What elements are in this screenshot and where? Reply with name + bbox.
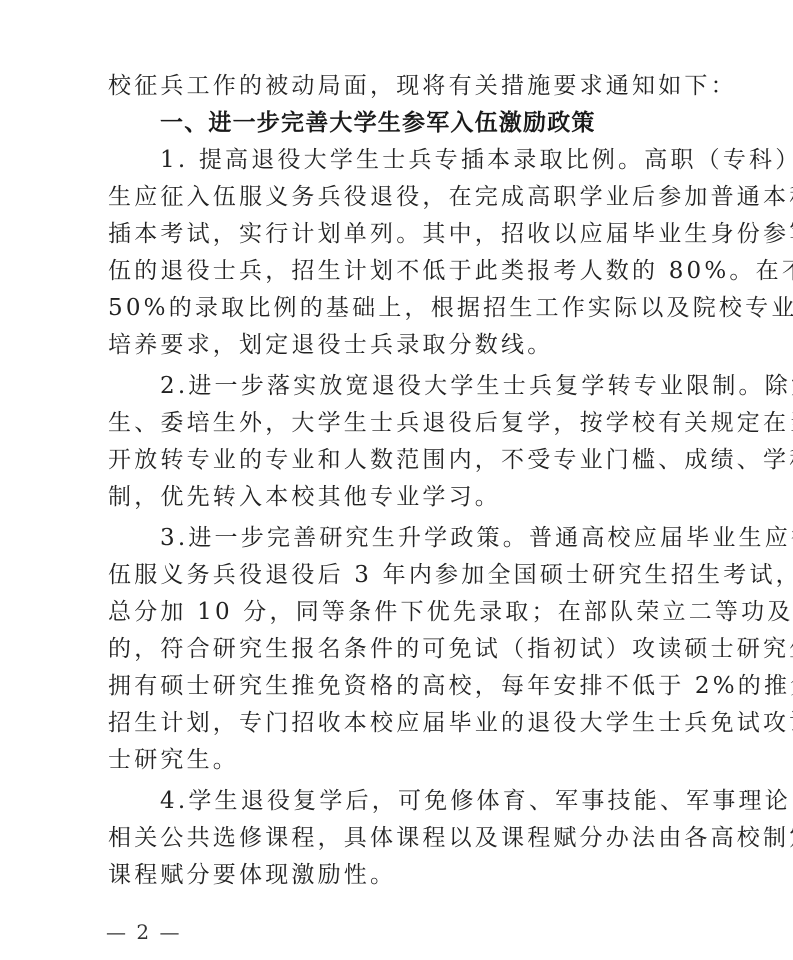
body-text-line: 生、委培生外，大学生士兵退役后复学，按学校有关规定在当年 — [108, 405, 694, 442]
body-text-line: 拥有硕士研究生推免资格的高校，每年安排不低于 2%的推免生 — [108, 668, 694, 705]
body-text-line: 50%的录取比例的基础上，根据招生工作实际以及院校专业人才 — [108, 290, 694, 327]
document-page: 校征兵工作的被动局面，现将有关措施要求通知如下： 一、进一步完善大学生参军入伍激… — [108, 68, 694, 894]
body-text-line: 生应征入伍服义务兵役退役，在完成高职学业后参加普通本科专 — [108, 179, 694, 216]
section-heading: 一、进一步完善大学生参军入伍激励政策 — [108, 105, 694, 142]
item-4-start: 4.学生退役复学后，可免修体育、军事技能、军事理论以及 — [108, 783, 694, 820]
body-text-line: 插本考试，实行计划单列。其中，招收以应届毕业生身份参军入 — [108, 216, 694, 253]
body-text-line: 课程赋分要体现激励性。 — [108, 857, 694, 894]
body-text-line: 招生计划，专门招收本校应届毕业的退役大学生士兵免试攻读硕 — [108, 705, 694, 742]
body-text-line: 培养要求，划定退役士兵录取分数线。 — [108, 327, 694, 364]
body-text-line: 相关公共选修课程，具体课程以及课程赋分办法由各高校制定， — [108, 820, 694, 857]
body-text-line: 伍服义务兵役退役后 3 年内参加全国硕士研究生招生考试，初试 — [108, 557, 694, 594]
body-text-line: 校征兵工作的被动局面，现将有关措施要求通知如下： — [108, 68, 694, 105]
body-text-line: 士研究生。 — [108, 742, 694, 779]
body-text-line: 制，优先转入本校其他专业学习。 — [108, 479, 694, 516]
page-number: — 2 — — [106, 920, 181, 944]
item-2-start: 2.进一步落实放宽退役大学生士兵复学转专业限制。除定向 — [108, 368, 694, 405]
body-text-line: 伍的退役士兵，招生计划不低于此类报考人数的 80%。在不低于 — [108, 253, 694, 290]
item-1-start: 1. 提高退役大学生士兵专插本录取比例。高职（专科）学 — [108, 142, 694, 179]
body-text-line: 总分加 10 分，同等条件下优先录取；在部队荣立二等功及以上 — [108, 594, 694, 631]
body-text-line: 的，符合研究生报名条件的可免试（指初试）攻读硕士研究生。 — [108, 631, 694, 668]
item-3-start: 3.进一步完善研究生升学政策。普通高校应届毕业生应征入 — [108, 520, 694, 557]
body-text-line: 开放转专业的专业和人数范围内，不受专业门槛、成绩、学科限 — [108, 442, 694, 479]
